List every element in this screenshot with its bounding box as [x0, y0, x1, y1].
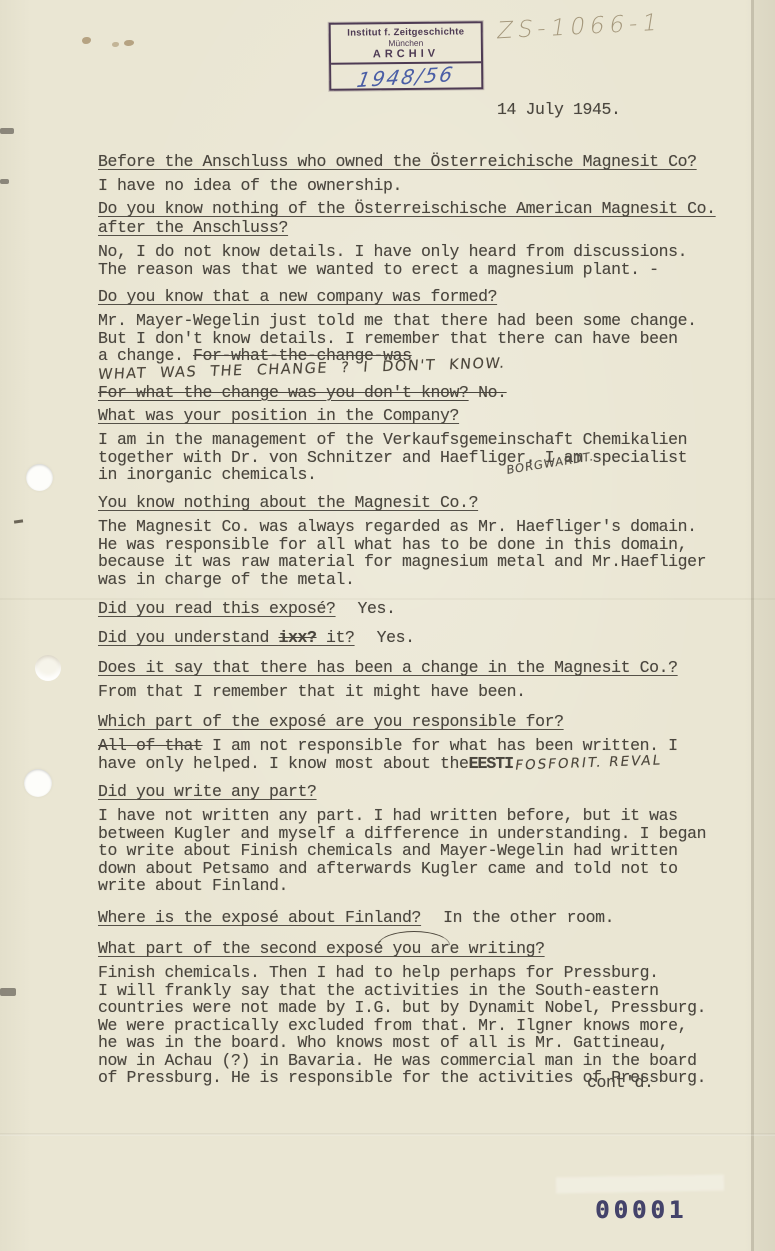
inline-answer: Yes.: [358, 599, 396, 618]
page-number-stamp: 00001: [595, 1196, 687, 1224]
qa-block: Do you know that a new company was forme…: [98, 287, 758, 402]
qa-block: Before the Anschluss who owned the Öster…: [98, 152, 758, 195]
stain: [112, 42, 119, 47]
qa-block: What part of the second exposé you are w…: [98, 939, 758, 1087]
archive-stamp: Institut f. Zeitgeschichte München ARCHI…: [329, 21, 484, 91]
answer-line: Finish chemicals. Then I had to help per…: [98, 963, 659, 982]
question-line: What part of the second exposé you are w…: [98, 939, 545, 958]
answer: The Magnesit Co. was always regarded as …: [98, 518, 758, 588]
question-line: Did you write any part?: [98, 782, 317, 801]
qa-block: Did you read this exposé?Yes.: [98, 599, 758, 618]
question: Did you read this exposé?Yes.: [98, 599, 758, 618]
question-line: Before the Anschluss who owned the Öster…: [98, 152, 697, 171]
qa-block: Did you understand ixx? it?Yes.: [98, 628, 758, 647]
question: Does it say that there has been a change…: [98, 658, 758, 677]
answer-line: he was in the board. Who knows most of a…: [98, 1033, 668, 1052]
answer-line: He was responsible for all what has to b…: [98, 535, 687, 554]
answer-line: between Kugler and myself a difference i…: [98, 824, 706, 843]
answer-line: The Magnesit Co. was always regarded as …: [98, 517, 697, 536]
stamp-archiv-line: ARCHIV: [331, 47, 481, 61]
inline-answer: In the other room.: [443, 908, 614, 927]
question: Do you know nothing of the Österreischis…: [98, 199, 758, 237]
question-line: Does it say that there has been a change…: [98, 658, 678, 677]
answer-line: countries were not made by I.G. but by D…: [98, 998, 706, 1017]
punch-hole: [35, 655, 61, 681]
question-line: What was your position in the Company?: [98, 406, 459, 425]
pencil-dash: [14, 519, 23, 523]
question-text: Did you understand: [98, 628, 279, 647]
answer-line: Mr. Mayer-Wegelin just told me that ther…: [98, 311, 697, 330]
question: Where is the exposé about Finland?In the…: [98, 908, 758, 927]
answer-line: No, I do not know details. I have only h…: [98, 242, 687, 261]
answer: I have no idea of the ownership.: [98, 177, 758, 195]
question-line: Which part of the exposé are you respons…: [98, 712, 564, 731]
qa-block: Does it say that there has been a change…: [98, 658, 758, 701]
scanned-document-page: Institut f. Zeitgeschichte München ARCHI…: [0, 0, 775, 1251]
answer: No, I do not know details. I have only h…: [98, 243, 758, 278]
stamp-accession-number: 1948/56: [356, 62, 457, 92]
answer: I am in the management of the Verkaufsge…: [98, 431, 758, 484]
question: Which part of the exposé are you respons…: [98, 712, 758, 731]
answer-line: I will frankly say that the activities i…: [98, 981, 659, 1000]
qa-block: Where is the exposé about Finland?In the…: [98, 908, 758, 927]
answer-line: down about Petsamo and afterwards Kugler…: [98, 859, 678, 878]
qa-block: Which part of the exposé are you respons…: [98, 712, 758, 772]
continuation-note: cont'd.: [587, 1073, 654, 1092]
struck-text: All of that: [98, 736, 203, 755]
stain: [82, 37, 91, 44]
handwritten-annotation: FOSFORIT. REVAL: [514, 752, 663, 775]
paper-crease: [0, 1133, 775, 1136]
struck-question-line: For what the change was you don't know? …: [98, 384, 758, 402]
question-text: it?: [317, 628, 355, 647]
scanner-streak: [0, 128, 14, 134]
answer-line: was in charge of the metal.: [98, 570, 355, 589]
answer-line: I have no idea of the ownership.: [98, 176, 402, 195]
transposition-mark: [378, 931, 450, 945]
question: Did you write any part?: [98, 782, 758, 801]
question: You know nothing about the Magnesit Co.?: [98, 493, 758, 512]
answer: Finish chemicals. Then I had to help per…: [98, 964, 758, 1087]
question-line: Did you read this exposé?: [98, 599, 336, 618]
qa-block: Do you know nothing of the Österreischis…: [98, 199, 758, 278]
question-line: Do you know nothing of the Österreischis…: [98, 199, 716, 218]
light-patch: [556, 1175, 724, 1194]
answer-line: But I don't know details. I remember tha…: [98, 329, 678, 348]
question-line: after the Anschluss?: [98, 218, 288, 237]
scanner-streak: [0, 988, 16, 996]
answer-line: We were practically excluded from that. …: [98, 1016, 687, 1035]
answer: All of that I am not responsible for wha…: [98, 737, 758, 772]
overtyped-text: EESTI: [469, 754, 514, 773]
question-line: Did you understand ixx? it?: [98, 628, 355, 647]
answer: I have not written any part. I had writt…: [98, 807, 758, 895]
question-line: You know nothing about the Magnesit Co.?: [98, 493, 478, 512]
stamp-number-box: 1948/56: [331, 61, 481, 91]
answer-line: together with Dr. von Schnitzer and Haef…: [98, 448, 687, 467]
question: Do you know that a new company was forme…: [98, 287, 758, 306]
qa-block: Did you write any part? I have not writt…: [98, 782, 758, 895]
punch-hole: [26, 464, 53, 491]
answer-line: write about Finland.: [98, 876, 288, 895]
scanner-streak: [0, 179, 9, 184]
answer-line: have only helped. I know most about the: [98, 754, 469, 773]
answer-line: now in Achau (?) in Bavaria. He was comm…: [98, 1051, 697, 1070]
punch-hole: [24, 769, 52, 797]
stain: [124, 40, 134, 46]
answer-line: I am not responsible for what has been w…: [203, 736, 678, 755]
question: Before the Anschluss who owned the Öster…: [98, 152, 758, 171]
question-line: Do you know that a new company was forme…: [98, 287, 497, 306]
answer: From that I remember that it might have …: [98, 683, 758, 701]
answer-line: because it was raw material for magnesiu…: [98, 552, 706, 571]
inline-answer: Yes.: [377, 628, 415, 647]
answer-line: I have not written any part. I had writt…: [98, 806, 678, 825]
answer-line: From that I remember that it might have …: [98, 682, 526, 701]
document-date: 14 July 1945.: [497, 100, 621, 119]
question-line: Where is the exposé about Finland?: [98, 908, 421, 927]
answer-line: I am in the management of the Verkaufsge…: [98, 430, 687, 449]
answer-line: to write about Finish chemicals and Maye…: [98, 841, 678, 860]
struck-text: No.: [469, 383, 507, 402]
stamp-institute-line: Institut f. Zeitgeschichte: [331, 26, 481, 39]
qa-block: What was your position in the Company? I…: [98, 406, 758, 484]
question: Did you understand ixx? it?Yes.: [98, 628, 758, 647]
struck-text: ixx?: [279, 628, 317, 647]
struck-underlined-text: For what the change was you don't know?: [98, 383, 469, 402]
handwritten-catalog-number: ZS-1066-1: [495, 10, 664, 45]
answer-line: a change.: [98, 346, 193, 365]
question: What part of the second exposé you are w…: [98, 939, 758, 958]
question: What was your position in the Company?: [98, 406, 758, 425]
qa-block: You know nothing about the Magnesit Co.?…: [98, 493, 758, 588]
answer-line: in inorganic chemicals.: [98, 465, 317, 484]
answer-line: The reason was that we wanted to erect a…: [98, 260, 659, 279]
